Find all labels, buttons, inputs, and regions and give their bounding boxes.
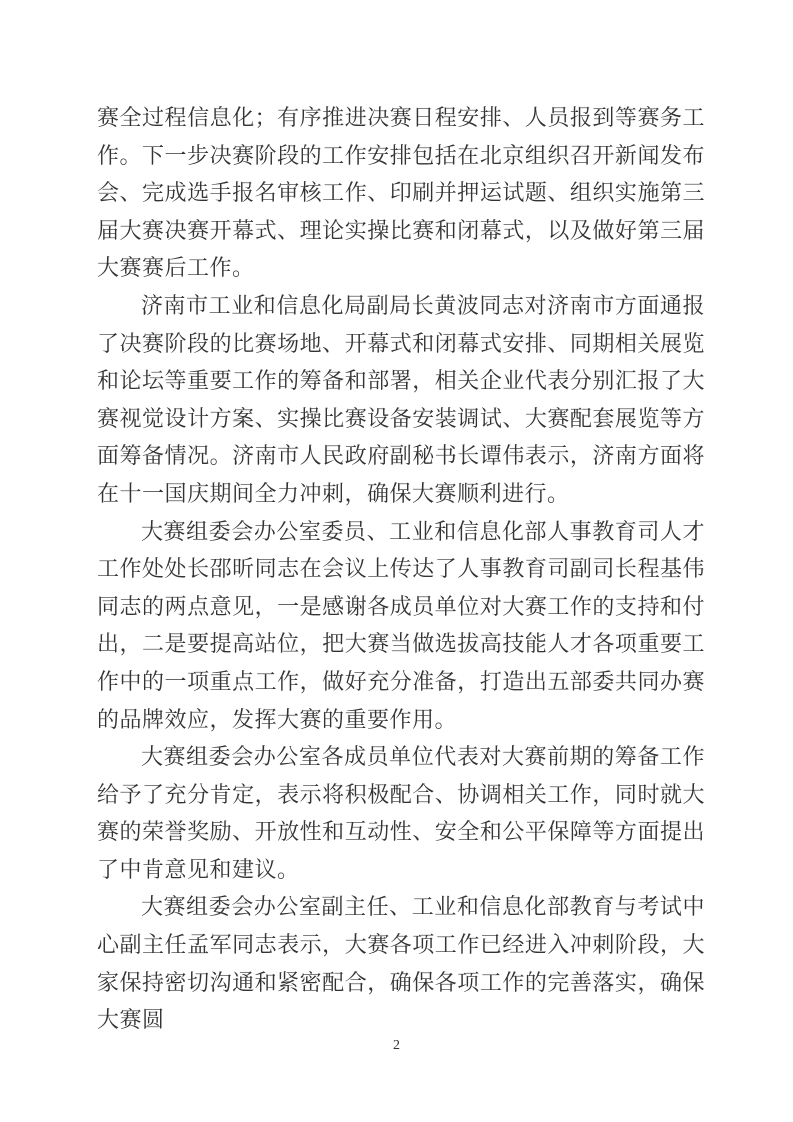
page-footer: 2 (0, 1036, 793, 1054)
page-number: 2 (393, 1038, 400, 1054)
document-body: 赛全过程信息化；有序推进决赛日程安排、人员报到等赛务工作。下一步决赛阶段的工作安… (97, 99, 705, 1039)
paragraph: 大赛组委会办公室委员、工业和信息化部人事教育司人才工作处处长邵昕同志在会议上传达… (97, 513, 705, 739)
paragraph: 大赛组委会办公室各成员单位代表对大赛前期的筹备工作给予了充分肯定，表示将积极配合… (97, 738, 705, 888)
paragraph: 济南市工业和信息化局副局长黄波同志对济南市方面通报了决赛阶段的比赛场地、开幕式和… (97, 287, 705, 513)
document-page: 赛全过程信息化；有序推进决赛日程安排、人员报到等赛务工作。下一步决赛阶段的工作安… (0, 0, 793, 1122)
paragraph: 大赛组委会办公室副主任、工业和信息化部教育与考试中心副主任孟军同志表示，大赛各项… (97, 888, 705, 1038)
paragraph: 赛全过程信息化；有序推进决赛日程安排、人员报到等赛务工作。下一步决赛阶段的工作安… (97, 99, 705, 287)
